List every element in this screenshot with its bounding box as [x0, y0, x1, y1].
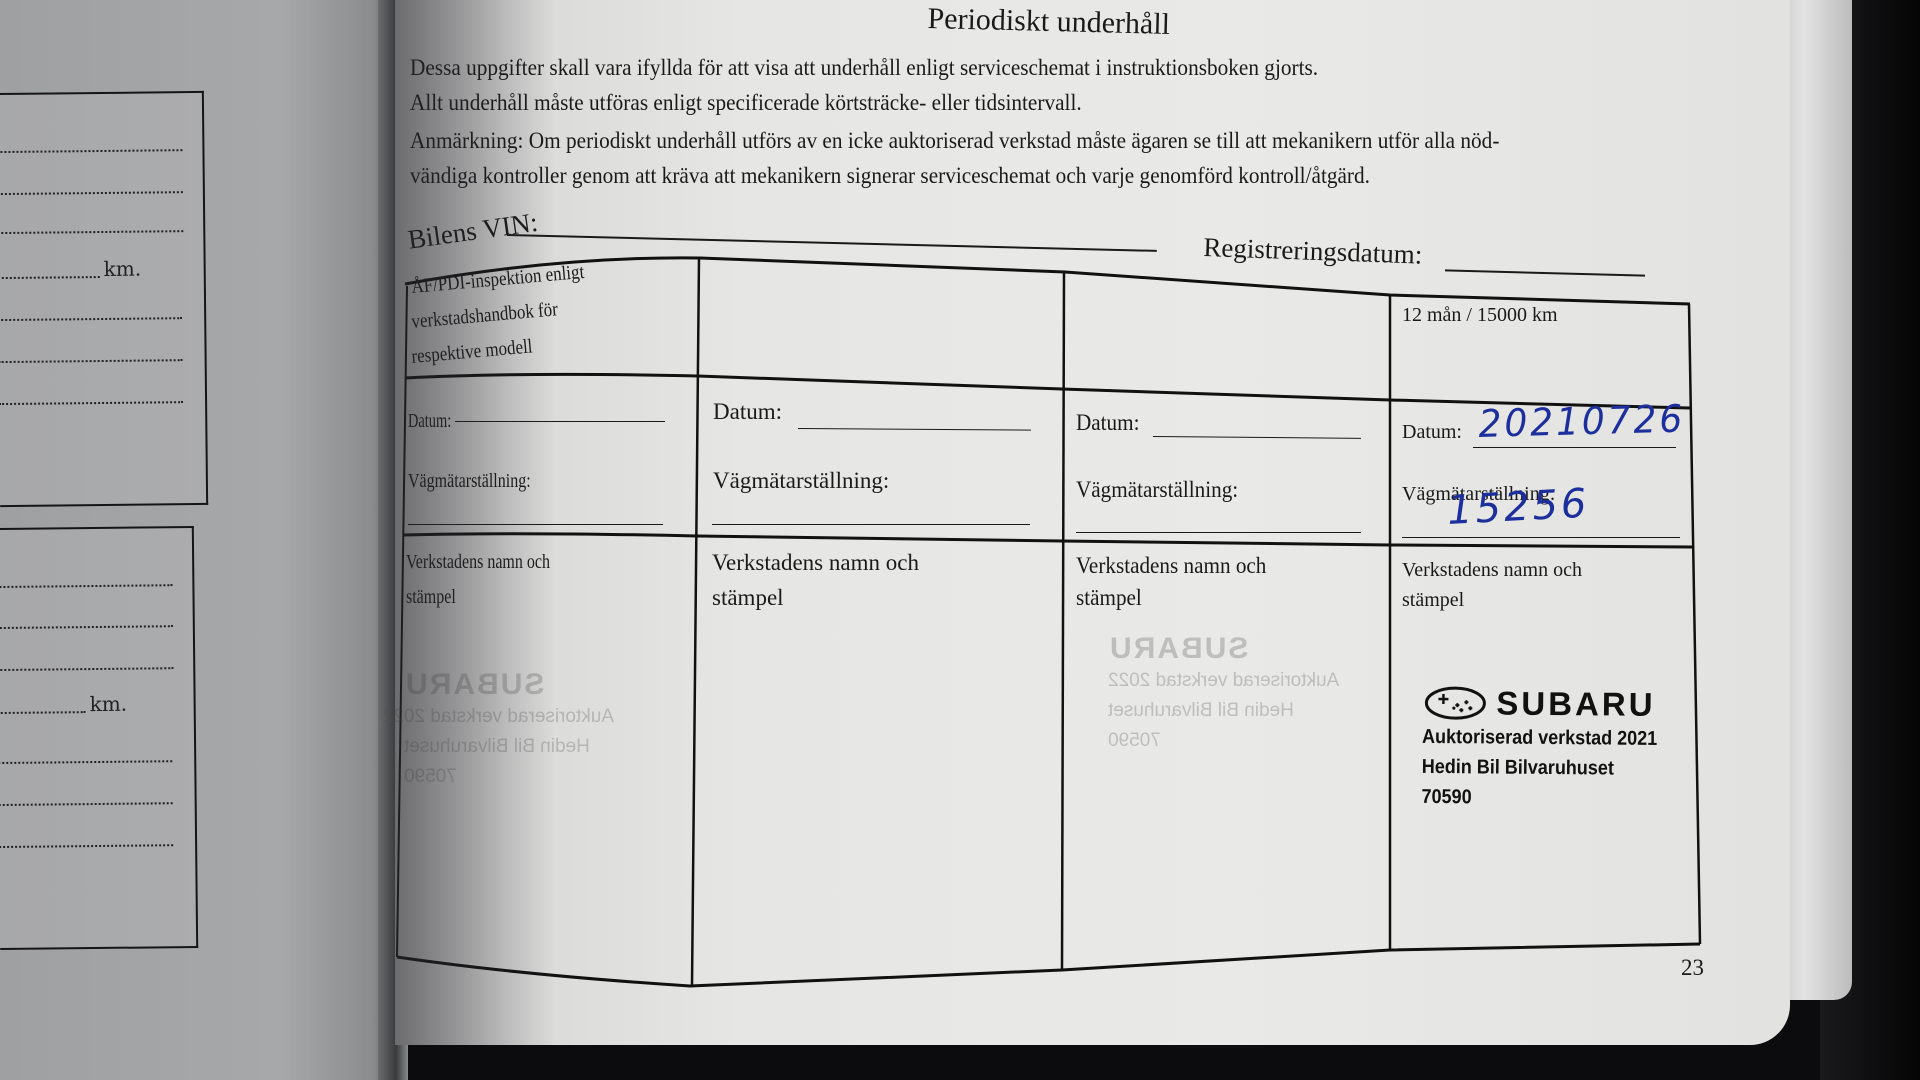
stamp-line-1: Auktoriserad verkstad 2021 — [1422, 722, 1657, 754]
dotted-line — [0, 317, 182, 321]
col4-odometer-field[interactable] — [1402, 537, 1680, 538]
col4-date-field[interactable] — [1473, 447, 1676, 448]
left-form-box-bottom: km. — [0, 526, 198, 950]
dotted-line — [0, 667, 173, 671]
stamp-line-3: 70590 — [1421, 782, 1656, 814]
col3-workshop-label-line2: stämpel — [1076, 580, 1142, 615]
dotted-line — [0, 401, 183, 405]
col1-date-label: Datum: — [408, 404, 451, 439]
page-number: 23 — [1681, 955, 1704, 981]
subaru-logo-icon — [1424, 686, 1486, 721]
intro-line-2: Allt underhåll måste utföras enligt spec… — [410, 90, 1082, 116]
col3-odometer-field[interactable] — [1076, 532, 1361, 533]
dotted-line — [0, 230, 183, 234]
dotted-line — [0, 802, 173, 806]
dotted-line — [0, 584, 172, 588]
dotted-line — [0, 359, 183, 363]
col4-odometer-handwritten: 15256 — [1446, 481, 1590, 534]
stamp-line-2: Hedin Bil Bilvaruhuset — [1422, 752, 1657, 784]
col1-workshop-label-line2: stämpel — [406, 580, 456, 615]
km-label: km. — [90, 692, 128, 716]
left-form-box-top: km. — [0, 91, 208, 507]
col4-date-handwritten: 20210726 — [1478, 397, 1686, 446]
dotted-line — [0, 711, 86, 714]
col2-workshop-label-line1: Verkstadens namn och — [712, 545, 919, 580]
stamp-brand: SUBARU — [1424, 684, 1684, 724]
page-title: Periodiskt underhåll — [927, 2, 1170, 42]
col1-workshop-label-line1: Verkstadens namn och — [406, 545, 550, 580]
dotted-line — [0, 844, 173, 848]
col2-workshop-label-line2: stämpel — [712, 580, 784, 615]
bleed-through-stamp-1: SUBARU Auktoriserad verkstad 2022 Hedin … — [404, 668, 614, 792]
dotted-line — [0, 276, 100, 279]
stamp-brand-name: SUBARU — [1496, 685, 1655, 724]
col1-odometer-field[interactable] — [408, 524, 663, 525]
intro-line-4: vändiga kontroller genom att kräva att m… — [410, 163, 1370, 189]
dotted-line — [0, 191, 183, 195]
dotted-line — [0, 625, 173, 629]
col3-workshop-label-line1: Verkstadens namn och — [1076, 548, 1266, 583]
col2-odometer-field[interactable] — [712, 524, 1030, 525]
col4-workshop-label-line2: stämpel — [1402, 583, 1464, 618]
col2-date-label: Datum: — [713, 394, 782, 429]
col1-odometer-label: Vägmätarställning: — [408, 464, 531, 499]
workshop-stamp: SUBARU Auktoriserad verkstad 2021 Hedin … — [1421, 684, 1683, 814]
col2-odometer-label: Vägmätarställning: — [713, 463, 889, 498]
dotted-line — [0, 760, 172, 764]
col1-date-field[interactable] — [455, 421, 665, 422]
col4-date-label: Datum: — [1402, 415, 1462, 450]
col3-date-label: Datum: — [1076, 405, 1139, 440]
intro-line-1: Dessa uppgifter skall vara ifyllda för a… — [410, 55, 1318, 81]
km-label: km. — [104, 257, 142, 281]
bleed-through-stamp-2: SUBARU Auktoriserad verkstad 2022 Hedin … — [1108, 632, 1358, 756]
col3-odometer-label: Vägmätarställning: — [1076, 472, 1238, 507]
col4-header: 12 mån / 15000 km — [1402, 298, 1558, 333]
left-page: km. km. — [0, 0, 400, 1080]
dotted-line — [0, 149, 182, 153]
intro-line-3: Anmärkning: Om periodiskt underhåll utfö… — [410, 128, 1499, 154]
